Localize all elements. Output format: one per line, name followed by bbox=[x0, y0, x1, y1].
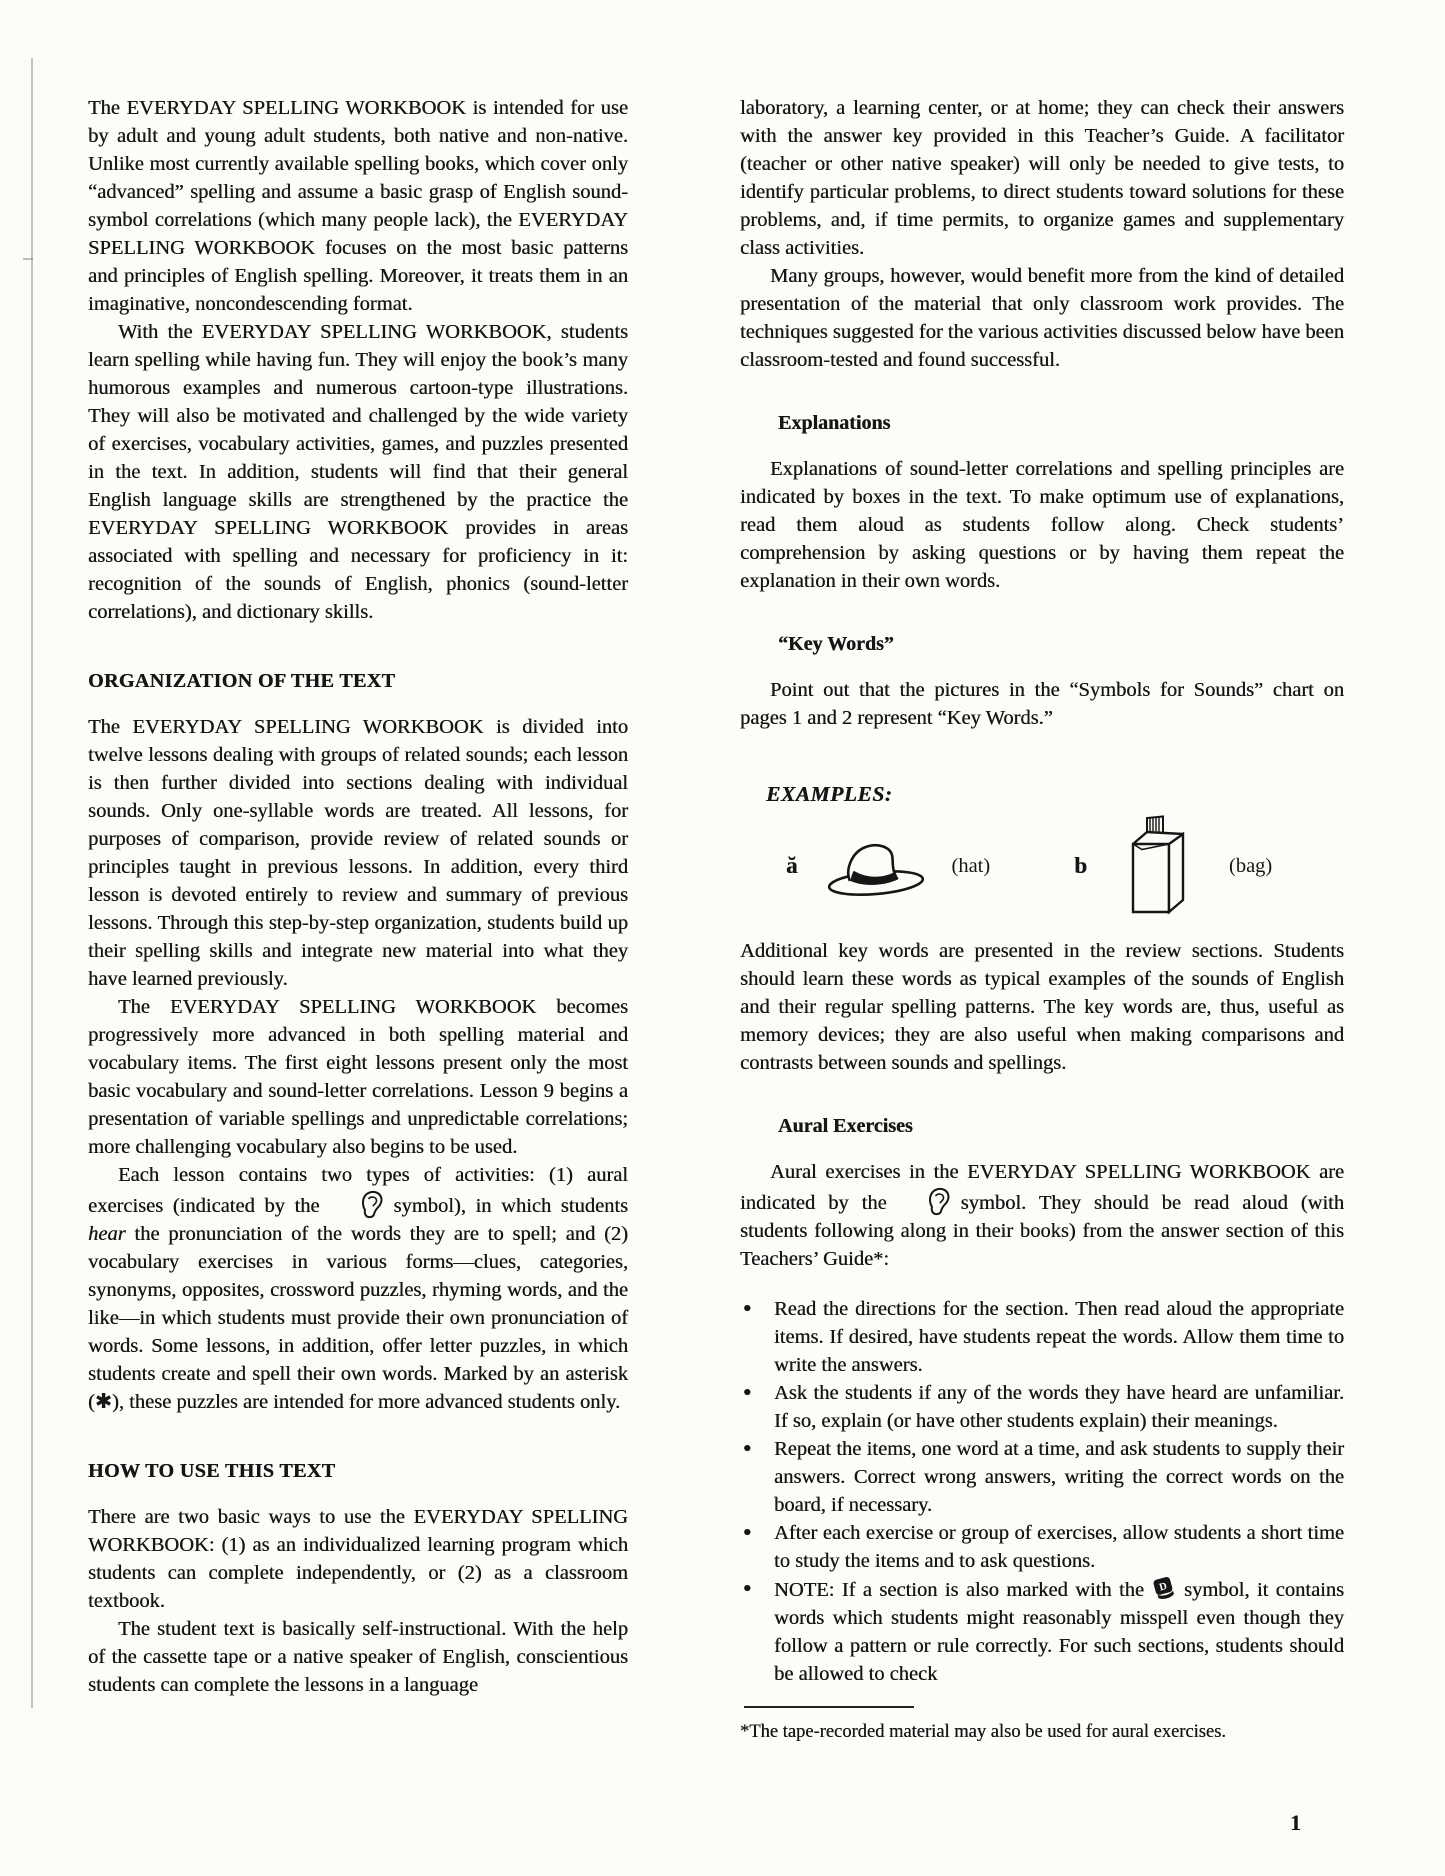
list-item: Repeat the items, one word at a time, an… bbox=[740, 1435, 1344, 1519]
how-to-use-paragraph-2: The student text is basically self-instr… bbox=[88, 1615, 628, 1699]
activities-italic-word: hear bbox=[88, 1223, 126, 1245]
continuation-paragraph-2: Many groups, however, would benefit more… bbox=[740, 262, 1344, 374]
footnote-rule bbox=[744, 1706, 914, 1708]
note-text-before: NOTE: If a section is also marked with t… bbox=[774, 1579, 1144, 1601]
aural-paragraph: Aural exercises in the EVERYDAY SPELLING… bbox=[740, 1158, 1344, 1273]
sub-heading-aural-exercises: Aural Exercises bbox=[778, 1115, 1344, 1138]
example-label-hat: (hat) bbox=[952, 855, 991, 878]
example-symbol-b: b bbox=[1074, 853, 1087, 879]
right-column: laboratory, a learning center, or at hom… bbox=[740, 94, 1344, 1744]
intro-paragraph-1: The EVERYDAY SPELLING WORKBOOK is intend… bbox=[88, 94, 628, 318]
scan-artifact-tick bbox=[23, 258, 33, 260]
example-symbol-short-a: ă bbox=[786, 853, 798, 879]
list-item: Read the directions for the section. The… bbox=[740, 1295, 1344, 1379]
activities-text-rest: the pronunciation of the words they are … bbox=[88, 1223, 628, 1413]
ear-icon bbox=[896, 1186, 952, 1216]
aural-instructions-list: Read the directions for the section. The… bbox=[740, 1295, 1344, 1688]
intro-paragraph-2: With the EVERYDAY SPELLING WORKBOOK, stu… bbox=[88, 318, 628, 626]
list-item-note: NOTE: If a section is also marked with t… bbox=[740, 1575, 1344, 1688]
dictionary-icon: D bbox=[1150, 1575, 1178, 1601]
list-item: After each exercise or group of exercise… bbox=[740, 1519, 1344, 1575]
section-heading-organization: ORGANIZATION OF THE TEXT bbox=[88, 670, 628, 693]
scan-artifact-edge-line bbox=[31, 58, 33, 1708]
sub-heading-explanations: Explanations bbox=[778, 412, 1344, 435]
organization-paragraph-2: The EVERYDAY SPELLING WORKBOOK becomes p… bbox=[88, 993, 628, 1161]
continuation-paragraph-1: laboratory, a learning center, or at hom… bbox=[740, 94, 1344, 262]
left-column: The EVERYDAY SPELLING WORKBOOK is intend… bbox=[88, 94, 628, 1744]
how-to-use-paragraph-1: There are two basic ways to use the EVER… bbox=[88, 1503, 628, 1615]
sub-heading-key-words: “Key Words” bbox=[778, 633, 1344, 656]
activities-paragraph: Each lesson contains two types of activi… bbox=[88, 1161, 628, 1416]
key-words-paragraph-2: Additional key words are presented in th… bbox=[740, 937, 1344, 1077]
list-item: Ask the students if any of the words the… bbox=[740, 1379, 1344, 1435]
ear-icon bbox=[329, 1189, 385, 1219]
examples-heading: EXAMPLES: bbox=[766, 782, 1344, 807]
page-number: 1 bbox=[1290, 1810, 1301, 1836]
footnote: *The tape-recorded material may also be … bbox=[740, 1720, 1344, 1744]
explanations-paragraph: Explanations of sound-letter correlation… bbox=[740, 455, 1344, 595]
example-label-bag: (bag) bbox=[1229, 855, 1272, 878]
bag-illustration bbox=[1123, 812, 1187, 920]
scanned-page: The EVERYDAY SPELLING WORKBOOK is intend… bbox=[0, 0, 1445, 1876]
key-words-paragraph-1: Point out that the pictures in the “Symb… bbox=[740, 676, 1344, 732]
examples-row: ă (hat) b (bag) bbox=[740, 809, 1344, 923]
two-column-layout: The EVERYDAY SPELLING WORKBOOK is intend… bbox=[88, 94, 1344, 1744]
activities-text-after: symbol), in which students bbox=[394, 1195, 628, 1217]
organization-paragraph-1: The EVERYDAY SPELLING WORKBOOK is divide… bbox=[88, 713, 628, 993]
section-heading-how-to-use: HOW TO USE THIS TEXT bbox=[88, 1460, 628, 1483]
hat-illustration bbox=[824, 834, 928, 898]
